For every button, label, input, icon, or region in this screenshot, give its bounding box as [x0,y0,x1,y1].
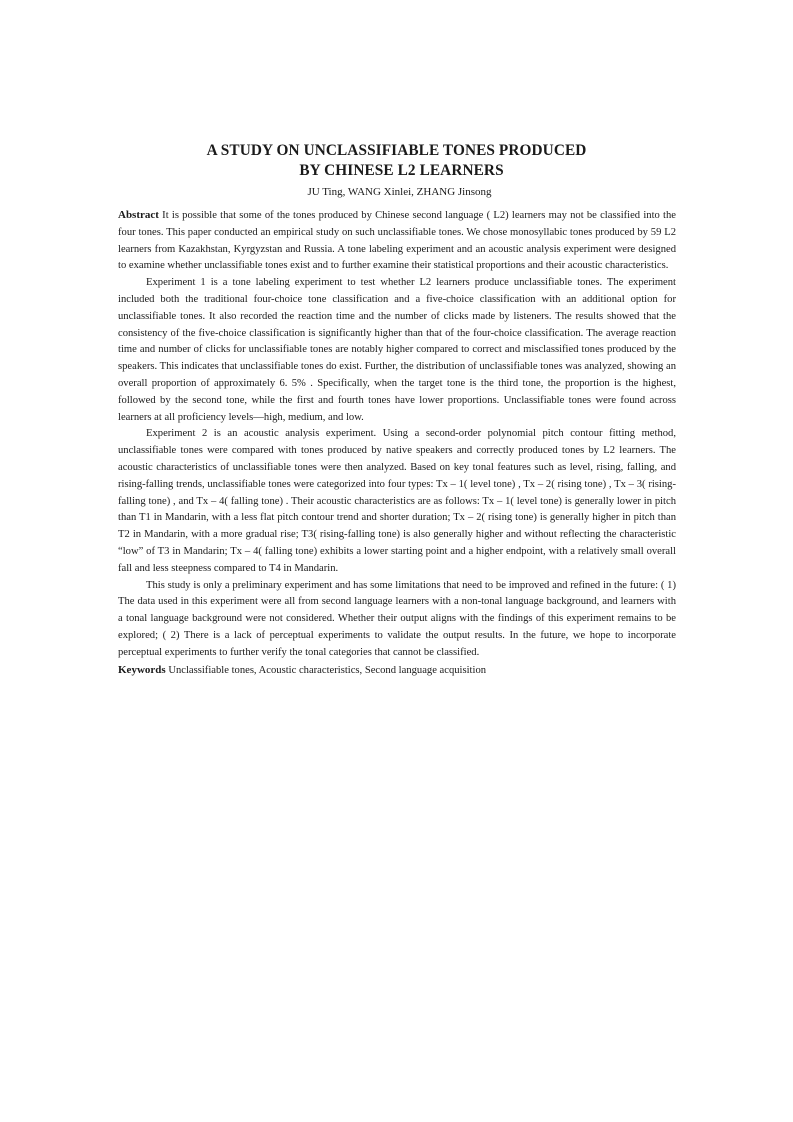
keywords-line: Keywords Unclassifiable tones, Acoustic … [118,662,676,680]
abstract-label: Abstract [118,209,159,221]
title-line-2: BY CHINESE L2 LEARNERS [0,161,793,181]
author-list: JU Ting, WANG Xinlei, ZHANG Jinsong [0,185,793,199]
abstract-section: Abstract It is possible that some of the… [118,207,676,679]
abstract-text-1: It is possible that some of the tones pr… [118,210,676,271]
abstract-paragraph-3: Experiment 2 is an acoustic analysis exp… [118,426,676,577]
abstract-paragraph-1: Abstract It is possible that some of the… [118,207,676,275]
abstract-paragraph-2: Experiment 1 is a tone labeling experime… [118,275,676,426]
paper-page: A STUDY ON UNCLASSIFIABLE TONES PRODUCED… [0,0,793,1122]
abstract-paragraph-4: This study is only a preliminary experim… [118,578,676,662]
paper-title: A STUDY ON UNCLASSIFIABLE TONES PRODUCED… [0,141,793,181]
keywords-label: Keywords [118,664,166,676]
keywords-text: Unclassifiable tones, Acoustic character… [168,665,486,676]
title-line-1: A STUDY ON UNCLASSIFIABLE TONES PRODUCED [0,141,793,161]
